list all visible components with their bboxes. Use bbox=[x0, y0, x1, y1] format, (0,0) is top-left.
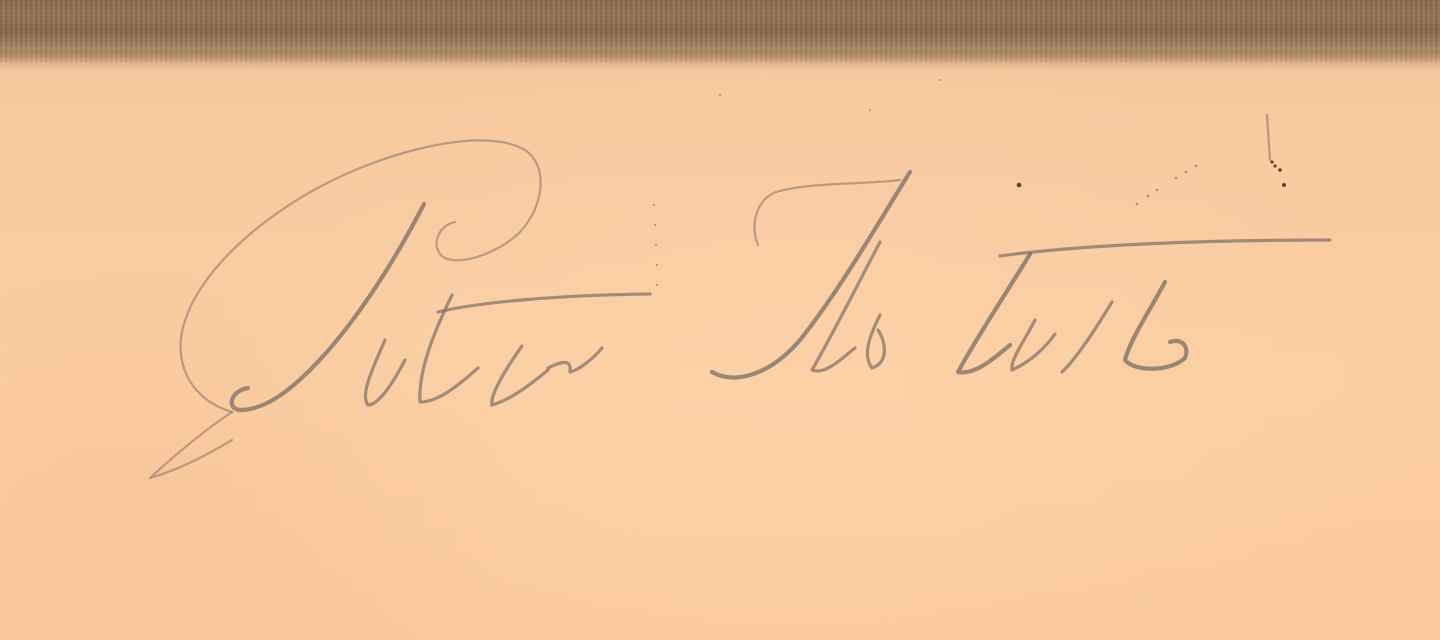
paper-speck bbox=[656, 284, 658, 286]
signature-letter-t2-bar bbox=[1000, 240, 1330, 256]
signature-letter-t-bar bbox=[438, 294, 650, 312]
paper-speck bbox=[1282, 183, 1286, 187]
paper-speck bbox=[939, 79, 941, 81]
signature-letters-eter bbox=[365, 340, 405, 405]
paper-speck bbox=[1270, 160, 1273, 163]
paper-speck bbox=[656, 264, 658, 266]
paper-speck bbox=[1156, 189, 1158, 191]
signature-letter-d-stem bbox=[1062, 302, 1112, 372]
paper-speck bbox=[1147, 195, 1150, 198]
paper-speck bbox=[1136, 203, 1139, 206]
signature-letter-e bbox=[492, 346, 548, 405]
paper-scratch bbox=[1267, 115, 1270, 160]
pencil-signature bbox=[0, 0, 1440, 640]
signature-letter-p-loop bbox=[181, 140, 541, 412]
paper-speck bbox=[1017, 183, 1022, 188]
signature-letter-i-top bbox=[755, 180, 900, 245]
signature-letter-r bbox=[548, 348, 602, 372]
signature-letter-s bbox=[867, 315, 884, 368]
paper-speck bbox=[719, 94, 721, 96]
paper-speck bbox=[653, 204, 655, 206]
signature-letter-i-stem bbox=[712, 172, 910, 377]
paper-speck bbox=[1273, 164, 1276, 167]
paper-sheet: Peter Ilsted bbox=[0, 0, 1440, 640]
paper-speck bbox=[654, 224, 656, 226]
paper-speck bbox=[1278, 168, 1282, 172]
paper-speck bbox=[869, 109, 871, 111]
signature-tail bbox=[150, 412, 232, 478]
paper-speck bbox=[1195, 165, 1197, 167]
signature-letter-l bbox=[812, 242, 880, 371]
paper-speck bbox=[1185, 171, 1188, 174]
paper-speck bbox=[655, 244, 657, 246]
signature-letter-e2 bbox=[1012, 320, 1055, 370]
signature-letter-t2-stem bbox=[958, 254, 1030, 372]
paper-speck bbox=[1175, 177, 1178, 180]
signature-letter-d-loop bbox=[1125, 282, 1186, 369]
